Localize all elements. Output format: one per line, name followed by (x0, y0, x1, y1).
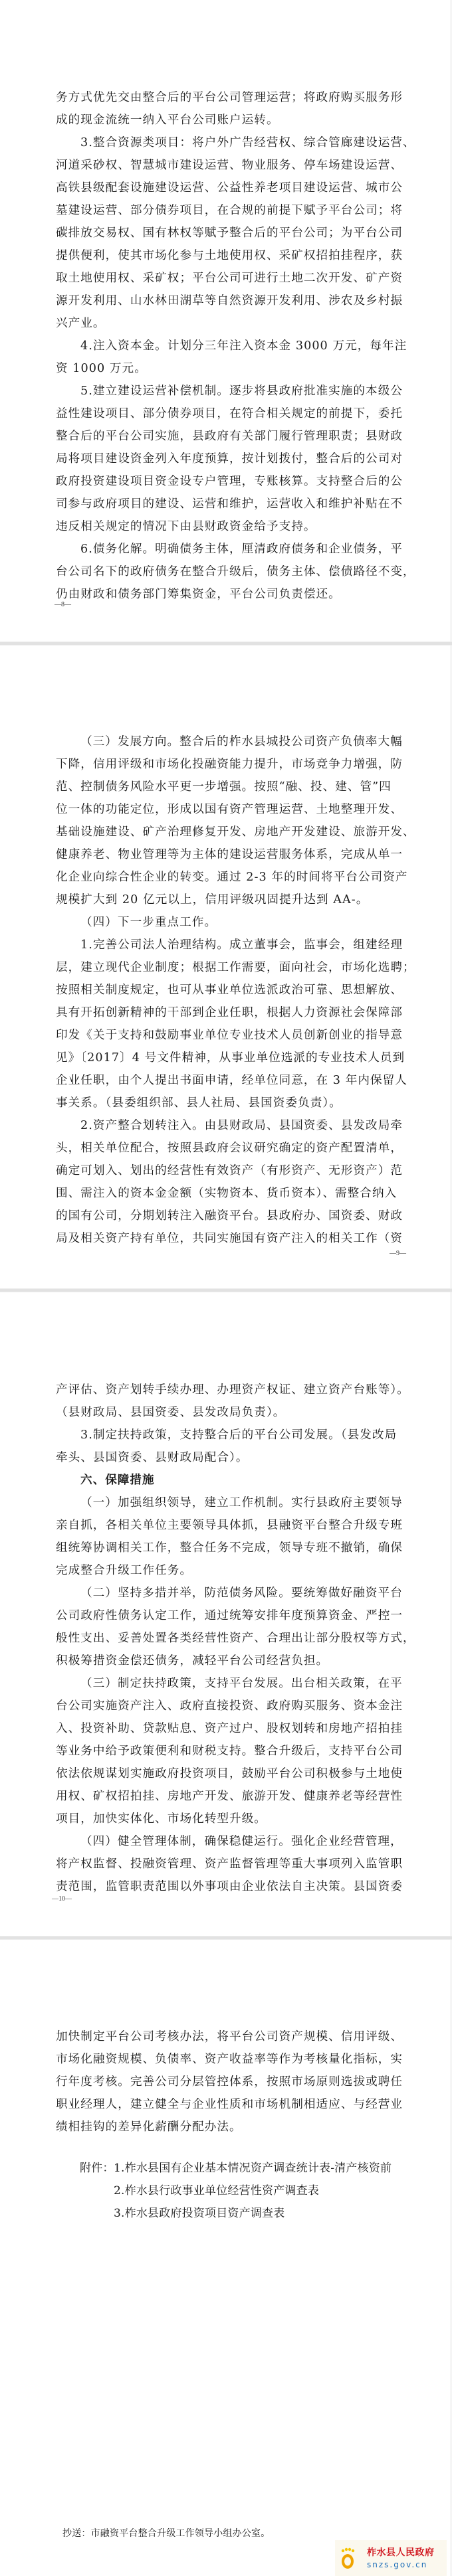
body-text-line: 入、投资补助、贷款贴息、资产过户、股权划转和房地产招拍挂 (56, 1717, 399, 1740)
body-text-line: 务方式优先交由整合后的平台公司管理运营；将政府购买服务形 (56, 86, 399, 109)
body-text-line: （一）加强组织领导，建立工作机制。实行县政府主要领导 (80, 1492, 399, 1514)
body-text-line: 按照相关制度规定，也可从事业单位选派政治可靠、思想解放、 (56, 979, 399, 1001)
body-text-line: 市场化融资规模、负债率、资产收益率等作为考核量化指标，实 (56, 2048, 399, 2071)
body-text-line: 台公司名下的政府债务在整合升级后，债务主体、偿债路径不变， (56, 560, 399, 583)
body-text-line: 见》〔2017〕4 号文件精神，从事业单位选派的专业技术人员到 (56, 1047, 399, 1069)
body-text-line: 化企业向综合性企业的转变。通过 2-3 年的时间将平台公司资产 (56, 866, 399, 889)
body-text-line: 依法依规谋划实施政府投资项目，鼓励平台公司积极参与土地使 (56, 1762, 399, 1785)
attachments-label: 附件： (80, 2157, 114, 2180)
page-number: —9— (390, 1250, 406, 1257)
body-text-line: 兴产业。 (56, 312, 399, 335)
body-text-line: 确定可划入、划出的经营性有效资产（有形资产、无形资产）范 (56, 1159, 399, 1182)
body-text-line: 河道采砂权、智慧城市建设运营、物业服务、停车场建设运营、 (56, 154, 399, 177)
body-text-line: 印发《关于支持和鼓励事业单位专业技术人员创新创业的指导意 (56, 1024, 399, 1047)
document-page-9: （三）发展方向。整合后的柞水县城投公司资产负债率大幅下降，信用评级和市场化投融资… (0, 645, 452, 1288)
body-text-line: 企业任职，由个人提出书面申请，经单位同意，在 3 年内保留人 (56, 1069, 399, 1092)
page-edge (451, 0, 451, 642)
body-text-line: （三）发展方向。整合后的柞水县城投公司资产负债率大幅 (80, 730, 399, 753)
body-text-line: 职业经理人，建立健全与企业性质和市场机制相适应、与经营业 (56, 2093, 399, 2116)
body-text-line: 般性支出、妥善处置各类经营性资产、合理出让部分股权等方式， (56, 1627, 399, 1650)
section-heading: 六、保障措施 (80, 1469, 399, 1492)
body-text-line: 具有开拓创新精神的干部到企业任职，根据人力资源社会保障部 (56, 1001, 399, 1024)
watermark-title: 柞水县人民政府 (367, 2545, 435, 2559)
body-text-line: 整合后的平台公司实施，县政府有关部门履行管理职责；县财政 (56, 425, 399, 448)
body-text-line: 资 1000 万元。 (56, 357, 399, 380)
body-text-line: 局及相关资产持有单位，共同实施国有资产注入的相关工作（资 (56, 1227, 399, 1250)
body-text-line: 基础设施建设、矿产治理修复开发、房地产开发建设、旅游开发、 (56, 821, 399, 843)
page-number: —8— (55, 601, 71, 608)
body-text-line: 健康养老、物业管理等为主体的建设运营服务体系，完成从单一 (56, 843, 399, 866)
document-page-8: 务方式优先交由整合后的平台公司管理运营；将政府购买服务形成的现金流统一纳入平台公… (0, 0, 452, 642)
attachment-item: 1.柞水县国有企业基本情况资产调查统计表-清产核资前 (114, 2157, 392, 2180)
body-text-line: 加快制定平台公司考核办法，将平台公司资产规模、信用评级、 (56, 2025, 399, 2048)
body-text-line: 4.注入资本金。计划分三年注入资本金 3000 万元，每年注 (80, 335, 399, 357)
body-text-line: 政府投资建设项目资金设专户管理，专账核算。支持整合后的公 (56, 470, 399, 493)
body-text-line: 5.建立建设运营补偿机制。逐步将县政府批准实施的本级公 (80, 380, 399, 402)
body-text-line: 产评估、资产划转手续办理、办理资产权证、建立资产台账等）。 (56, 1379, 399, 1401)
body-text-line: 碳排放交易权、国有林权等赋予整合后的平台公司；为平台公司 (56, 222, 399, 244)
body-text-line: （四）健全管理体制，确保稳健运行。强化企业经营管理， (80, 1830, 399, 1853)
body-text-line: 下降，信用评级和市场化投融资能力提升，市场竞争力增强，防 (56, 753, 399, 776)
body-text-line: 位一体的功能定位，形成以国有资产管理运营、土地整理开发、 (56, 798, 399, 821)
document-page-11: 加快制定平台公司考核办法，将平台公司资产规模、信用评级、市场化融资规模、负债率、… (0, 1940, 452, 2576)
attachment-item: 3.柞水县政府投资项目资产调查表 (114, 2202, 284, 2225)
body-text-line: （二）坚持多措并举，防范债务风险。要统筹做好融资平台 (80, 1582, 399, 1604)
body-text-line: 提供便利，使其市场化参与土地使用权、采矿权招拍挂程序，获 (56, 244, 399, 267)
body-text-line: 亲自抓，各相关单位主要领导具体抓，县融资平台整合升级专班 (56, 1514, 399, 1537)
body-text-line: 司参与政府项目的建设、运营和维护，运营收入和维护补贴在不 (56, 493, 399, 515)
body-text-line: 范、控制债务风险水平更一步增强。按照“融、投、建、管”四 (56, 776, 399, 798)
body-text-line: 组统筹协调相关工作，整合任务不完成，领导专班不撤销，确保 (56, 1537, 399, 1559)
body-text-line: 源开发利用、山水林田湖草等自然资源开发利用、涉农及乡村振 (56, 290, 399, 312)
body-text-line: 项目，加快实体化、市场化转型升级。 (56, 1808, 399, 1830)
body-text-line: 成的现金流统一纳入平台公司账户运转。 (56, 109, 399, 131)
body-text-line: 行年度考核。完善公司分层管控体系，按照市场原则选拔或聘任 (56, 2071, 399, 2093)
body-text-line: 完成整合升级工作任务。 (56, 1559, 399, 1582)
cc-line: 抄送：市融资平台整合升级工作领导小组办公室。 (62, 2526, 270, 2541)
page-edge (451, 1292, 451, 1936)
footprint-logo-icon (340, 2547, 355, 2571)
body-text-line: 违反相关规定的情况下由县财政资金给予支持。 (56, 515, 399, 538)
body-text-line: 台公司实施资产注入、政府直接投资、政府购买服务、资本金注 (56, 1695, 399, 1717)
body-text-line: 1.完善公司法人治理结构。成立董事会，监事会，组建经理 (80, 934, 399, 956)
body-text-line: 仍由财政和债务部门筹集资金，平台公司负责偿还。 (56, 583, 399, 606)
body-text-line: 高铁县级配套设施建设运营、公益性养老项目建设运营、城市公 (56, 177, 399, 199)
body-text-line: 3.整合资源类项目：将户外广告经营权、综合管廊建设运营、 (80, 131, 399, 154)
body-text-line: 墓建设运营、部分债券项目，在合规的前提下赋予平台公司；将 (56, 199, 399, 222)
watermark-url: snzs.gov.cn (367, 2560, 427, 2569)
body-text-line: 局将项目建设资金列入年度预算，按计划拨付，整合后的公司对 (56, 448, 399, 470)
body-text-line: 3.制定扶持政策，支持整合后的平台公司发展。（县发改局 (80, 1424, 399, 1446)
attachment-item: 2.柞水县行政事业单位经营性资产调查表 (114, 2180, 319, 2202)
body-text-line: 头，相关单位配合，按照县政府会议研究确定的资产配置清单， (56, 1137, 399, 1159)
body-text-line: 用权、矿权招拍挂、房地产开发、旅游开发、健康养老等经营性 (56, 1785, 399, 1808)
body-text-line: 层，建立现代企业制度；根据工作需要，面向社会，市场化选聘； (56, 956, 399, 979)
body-text-line: （三）制定扶持政策，支持平台发展。出台相关政策，在平 (80, 1672, 399, 1695)
body-text-line: 规模扩大到 20 亿元以上，信用评级巩固提升达到 AA-。 (56, 889, 399, 911)
page-number: —10— (52, 1895, 72, 1903)
body-text-line: 的国有公司，分期划转注入融资平台。县政府办、国资委、财政 (56, 1205, 399, 1227)
page-edge (451, 1940, 451, 2576)
body-text-line: 责范围，监管职责范围以外事项由企业依法自主决策。县国资委 (56, 1875, 399, 1898)
body-text-line: 牵头、县国资委、县财政局配合）。 (56, 1446, 399, 1469)
body-text-line: 等业务中给予政策便利和财税支持。整合升级后，支持平台公司 (56, 1740, 399, 1762)
document-page-10: 产评估、资产划转手续办理、办理资产权证、建立资产台账等）。（县财政局、县国资委、… (0, 1292, 452, 1936)
page-edge (451, 645, 451, 1288)
body-text-line: 将产权监督、投融资管理、资产监督管理等重大事项列入监管职 (56, 1853, 399, 1875)
body-text-line: （四）下一步重点工作。 (80, 911, 399, 934)
body-text-line: 围、需注入的资本金金额（实物资本、货币资本）、需整合纳入 (56, 1182, 399, 1205)
body-text-line: 6.债务化解。明确债务主体，厘清政府债务和企业债务，平 (80, 538, 399, 560)
body-text-line: 取土地使用权、采矿权；平台公司可进行土地二次开发、矿产资 (56, 267, 399, 290)
body-text-line: 积极筹措资金偿还债务，减轻平台公司经营负担。 (56, 1650, 399, 1672)
body-text-line: 事关系。（县委组织部、县人社局、县国资委负责）。 (56, 1092, 399, 1114)
body-text-line: （县财政局、县国资委、县发改局负责）。 (56, 1401, 399, 1424)
body-text-line: 绩相挂钩的差异化薪酬分配办法。 (56, 2116, 399, 2138)
site-watermark: 柞水县人民政府 snzs.gov.cn (335, 2540, 447, 2576)
body-text-line: 公司政府性债务认定工作，通过统筹安排年度预算资金、严控一 (56, 1604, 399, 1627)
body-text-line: 益性建设项目、部分债券项目，在符合相关规定的前提下，委托 (56, 402, 399, 425)
body-text-line: 2.资产整合划转注入。由县财政局、县国资委、县发改局牵 (80, 1114, 399, 1137)
